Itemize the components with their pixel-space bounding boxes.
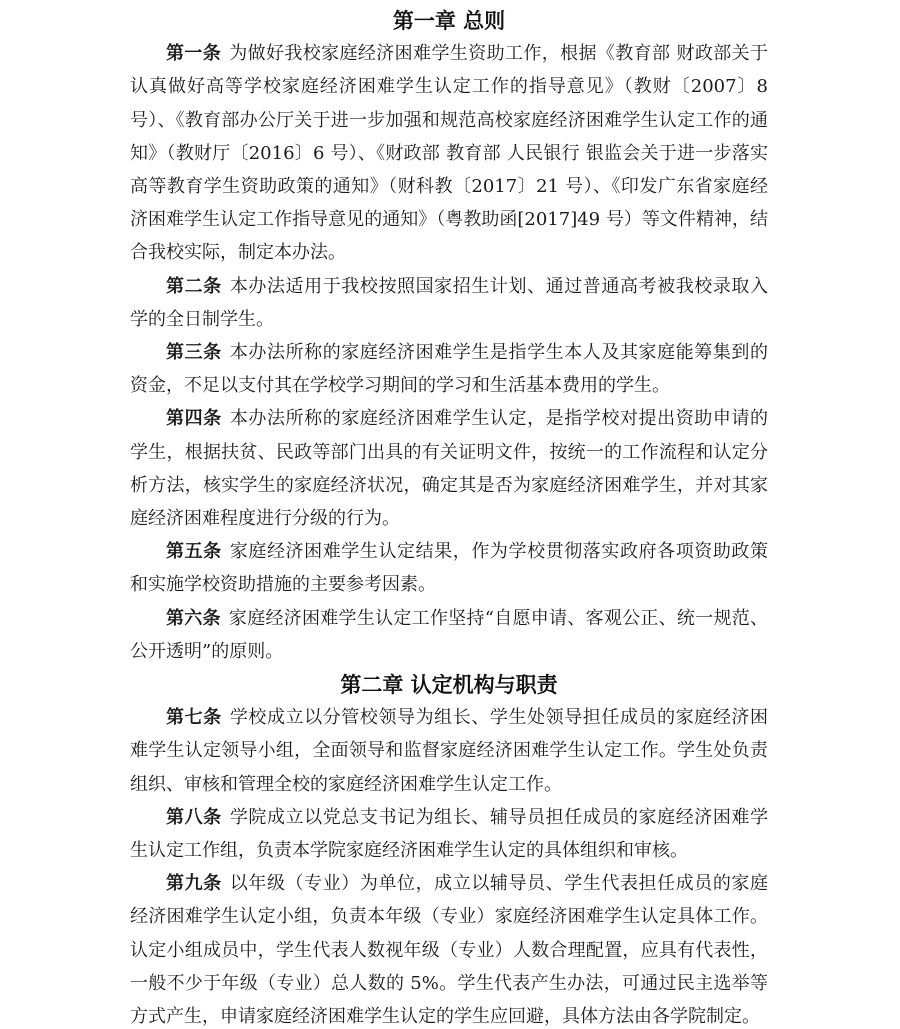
article-3-label: 第三条	[166, 342, 222, 363]
article-4-label: 第四条	[166, 408, 222, 429]
chapter-1-title: 第一章 总则	[130, 4, 768, 37]
chapter-2-title: 第二章 认定机构与职责	[130, 668, 768, 701]
article-9: 第九条以年级（专业）为单位，成立以辅导员、学生代表担任成员的家庭经济困难学生认定…	[130, 867, 768, 1029]
document-page: 第一章 总则 第一条为做好我校家庭经济困难学生资助工作，根据《教育部 财政部关于…	[0, 0, 900, 1029]
article-4-text: 本办法所称的家庭经济困难学生认定，是指学校对提出资助申请的学生，根据扶贫、民政等…	[130, 408, 768, 529]
article-9-text: 以年级（专业）为单位，成立以辅导员、学生代表担任成员的家庭经济困难学生认定小组，…	[130, 873, 768, 1027]
article-5-text: 家庭经济困难学生认定结果，作为学校贯彻落实政府各项资助政策和实施学校资助措施的主…	[130, 541, 768, 595]
article-8-label: 第八条	[166, 807, 222, 828]
article-1: 第一条为做好我校家庭经济困难学生资助工作，根据《教育部 财政部关于认真做好高等学…	[130, 37, 768, 269]
article-9-label: 第九条	[166, 873, 222, 894]
article-6: 第六条家庭经济困难学生认定工作坚持“自愿申请、客观公正、统一规范、公开透明”的原…	[130, 602, 768, 668]
article-8-text: 学院成立以党总支书记为组长、辅导员担任成员的家庭经济困难学生认定工作组，负责本学…	[130, 807, 768, 861]
document-content: 第一章 总则 第一条为做好我校家庭经济困难学生资助工作，根据《教育部 财政部关于…	[130, 4, 768, 1029]
article-2: 第二条本办法适用于我校按照国家招生计划、通过普通高考被我校录取入学的全日制学生。	[130, 270, 768, 336]
article-5: 第五条家庭经济困难学生认定结果，作为学校贯彻落实政府各项资助政策和实施学校资助措…	[130, 535, 768, 601]
article-7: 第七条学校成立以分管校领导为组长、学生处领导担任成员的家庭经济困难学生认定领导小…	[130, 701, 768, 801]
article-7-label: 第七条	[166, 707, 222, 728]
article-4: 第四条本办法所称的家庭经济困难学生认定，是指学校对提出资助申请的学生，根据扶贫、…	[130, 402, 768, 535]
article-1-label: 第一条	[166, 43, 221, 64]
article-6-text: 家庭经济困难学生认定工作坚持“自愿申请、客观公正、统一规范、公开透明”的原则。	[130, 608, 768, 662]
article-7-text: 学校成立以分管校领导为组长、学生处领导担任成员的家庭经济困难学生认定领导小组，全…	[130, 707, 768, 794]
chapter-organizations-and-duties: 第二章 认定机构与职责 第七条学校成立以分管校领导为组长、学生处领导担任成员的家…	[130, 668, 768, 1029]
article-3-text: 本办法所称的家庭经济困难学生是指学生本人及其家庭能筹集到的资金，不足以支付其在学…	[130, 342, 768, 396]
article-5-label: 第五条	[166, 541, 222, 562]
article-3: 第三条本办法所称的家庭经济困难学生是指学生本人及其家庭能筹集到的资金，不足以支付…	[130, 336, 768, 402]
chapter-general-provisions: 第一章 总则 第一条为做好我校家庭经济困难学生资助工作，根据《教育部 财政部关于…	[130, 4, 768, 668]
article-6-label: 第六条	[166, 608, 221, 629]
article-8: 第八条学院成立以党总支书记为组长、辅导员担任成员的家庭经济困难学生认定工作组，负…	[130, 801, 768, 867]
article-2-text: 本办法适用于我校按照国家招生计划、通过普通高考被我校录取入学的全日制学生。	[130, 276, 768, 330]
article-2-label: 第二条	[166, 276, 222, 297]
article-1-text: 为做好我校家庭经济困难学生资助工作，根据《教育部 财政部关于认真做好高等学校家庭…	[130, 43, 768, 263]
